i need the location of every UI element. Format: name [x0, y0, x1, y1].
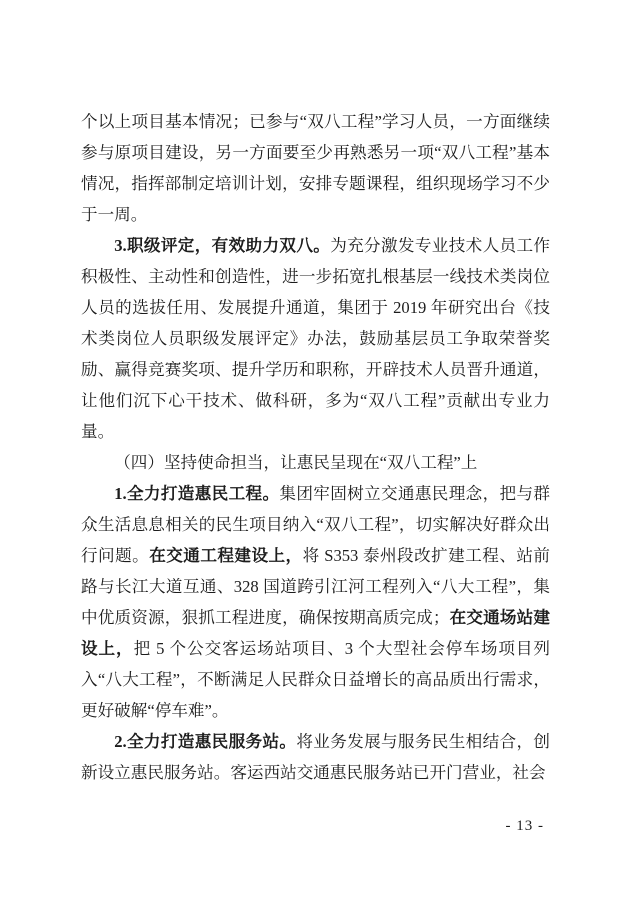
paragraph: 3.职级评定，有效助力双八。为充分激发专业技术人员工作积极性、主动性和创造性，进… [81, 230, 550, 447]
paragraph: 1.全力打造惠民工程。集团牢固树立交通惠民理念，把与群众生活息息相关的民生项目纳… [81, 478, 550, 726]
paragraph: （四）坚持使命担当，让惠民呈现在“双八工程”上 [81, 447, 550, 478]
paragraph: 2.全力打造惠民服务站。将业务发展与服务民生相结合，创新设立惠民服务站。客运西站… [81, 726, 550, 788]
text-run: 2.全力打造惠民服务站。 [114, 732, 296, 751]
document-body: 个以上项目基本情况；已参与“双八工程”学习人员，一方面继续参与原项目建设，另一方… [81, 106, 550, 788]
text-run: （四）坚持使命担当，让惠民呈现在“双八工程”上 [114, 453, 477, 472]
text-run: 1.全力打造惠民工程。 [114, 484, 279, 503]
paragraph: 个以上项目基本情况；已参与“双八工程”学习人员，一方面继续参与原项目建设，另一方… [81, 106, 550, 230]
text-run: 为充分激发专业技术人员工作积极性、主动性和创造性，进一步拓宽扎根基层一线技术类岗… [81, 236, 550, 441]
text-run: 个以上项目基本情况；已参与“双八工程”学习人员，一方面继续参与原项目建设，另一方… [81, 112, 550, 224]
text-run: 3.职级评定，有效助力双八。 [114, 236, 330, 255]
text-run: 在交通工程建设上， [149, 546, 302, 565]
page-number: - 13 - [506, 818, 545, 835]
document-page: 个以上项目基本情况；已参与“双八工程”学习人员，一方面继续参与原项目建设，另一方… [0, 0, 636, 900]
text-run: 把 5 个公交客运场站项目、3 个大型社会停车场项目列入“八大工程”，不断满足人… [81, 639, 550, 720]
